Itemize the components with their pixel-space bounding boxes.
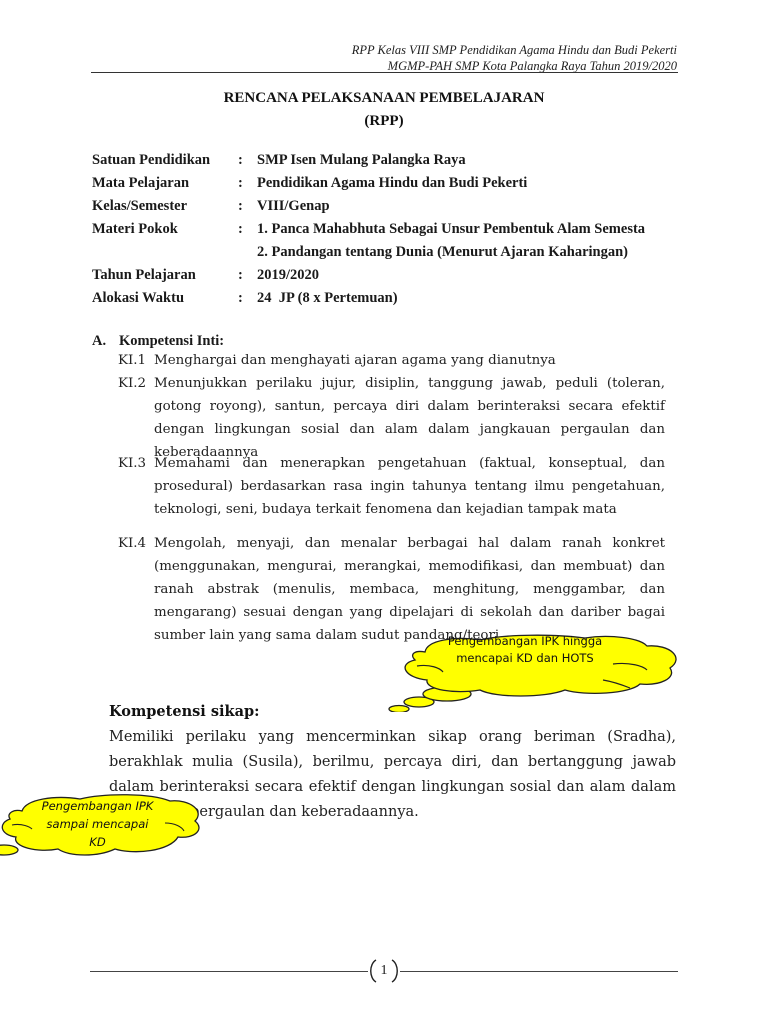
- identity-colon: :: [238, 221, 243, 238]
- identity-colon: :: [238, 198, 243, 215]
- identity-label: Alokasi Waktu: [92, 290, 184, 307]
- ki-item: KI.2 Menunjukkan perilaku jujur, disipli…: [118, 372, 665, 464]
- callout-line-1: Pengembangan IPK hingga: [365, 633, 685, 650]
- identity-value: VIII/Genap: [257, 198, 330, 215]
- identity-label: Tahun Pelajaran: [92, 267, 196, 284]
- identity-value: Pendidikan Agama Hindu dan Budi Pekerti: [257, 175, 527, 192]
- identity-label: Satuan Pendidikan: [92, 152, 210, 169]
- ki-text: Menunjukkan perilaku jujur, disiplin, ta…: [118, 372, 665, 464]
- identity-value: 2. Pandangan tentang Dunia (Menurut Ajar…: [257, 244, 628, 261]
- callout-line-2: sampai mencapai: [0, 815, 205, 833]
- identity-value: 2019/2020: [257, 267, 319, 284]
- identity-label: Materi Pokok: [92, 221, 178, 238]
- page-number-text: 1: [381, 963, 388, 978]
- ki-text: Mengolah, menyaji, dan menalar berbagai …: [118, 532, 665, 647]
- callout-line-1: Pengembangan IPK: [0, 797, 205, 815]
- footer-rule-left: [90, 971, 368, 972]
- document-title: RENCANA PELAKSANAAN PEMBELAJARAN: [0, 90, 768, 107]
- identity-value: SMP Isen Mulang Palangka Raya: [257, 152, 466, 169]
- section-title: Kompetensi Inti:: [119, 333, 224, 350]
- footer-rule-right: [400, 971, 678, 972]
- document-subtitle: (RPP): [0, 113, 768, 130]
- sikap-heading: Kompetensi sikap:: [109, 703, 259, 720]
- callout-line-3: KD: [0, 833, 205, 851]
- ki-number: KI.2: [118, 372, 146, 395]
- ki-text: Menghargai dan menghayati ajaran agama y…: [118, 349, 665, 372]
- identity-label: Mata Pelajaran: [92, 175, 189, 192]
- ki-number: KI.4: [118, 532, 146, 555]
- callout-line-2: mencapai KD dan HOTS: [365, 650, 685, 667]
- thought-bubble-callout: Pengembangan IPK sampai mencapai KD: [0, 793, 205, 859]
- header-line-1: RPP Kelas VIII SMP Pendidikan Agama Hind…: [352, 42, 677, 58]
- identity-colon: :: [238, 290, 243, 307]
- ki-number: KI.1: [118, 349, 146, 372]
- ki-number: KI.3: [118, 452, 146, 475]
- running-header: RPP Kelas VIII SMP Pendidikan Agama Hind…: [352, 42, 677, 74]
- page-number: 1: [366, 958, 402, 984]
- thought-bubble-callout: Pengembangan IPK hingga mencapai KD dan …: [385, 632, 685, 712]
- ki-item: KI.1 Menghargai dan menghayati ajaran ag…: [118, 349, 665, 372]
- identity-colon: :: [238, 175, 243, 192]
- identity-value: 1. Panca Mahabhuta Sebagai Unsur Pembent…: [257, 221, 645, 238]
- identity-colon: :: [238, 152, 243, 169]
- section-letter: A.: [92, 333, 106, 350]
- header-rule: [91, 72, 678, 73]
- ki-text: Memahami dan menerapkan pengetahuan (fak…: [118, 452, 665, 521]
- identity-label: Kelas/Semester: [92, 198, 187, 215]
- ki-item: KI.4 Mengolah, menyaji, dan menalar berb…: [118, 532, 665, 647]
- identity-colon: :: [238, 267, 243, 284]
- identity-value: 24 JP (8 x Pertemuan): [257, 290, 398, 307]
- ki-item: KI.3 Memahami dan menerapkan pengetahuan…: [118, 452, 665, 521]
